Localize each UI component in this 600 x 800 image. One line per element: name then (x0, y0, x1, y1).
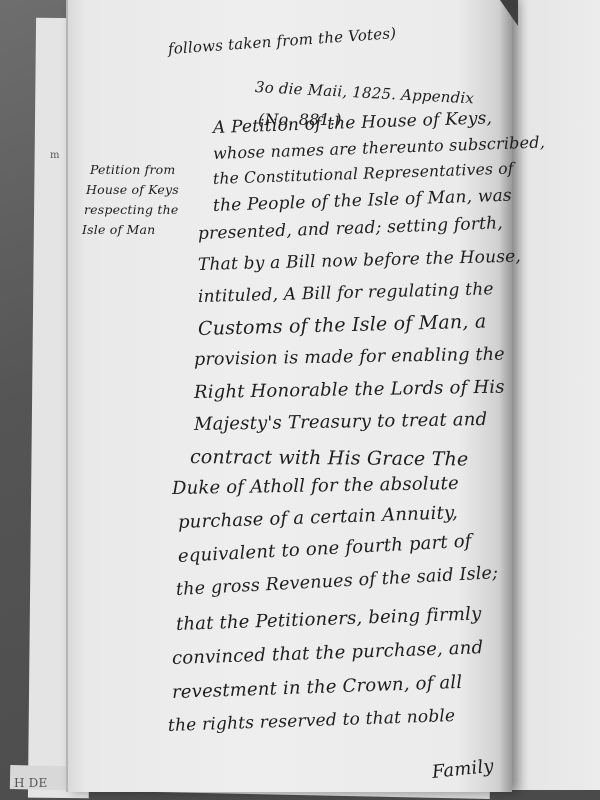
margin-note-line-4: Isle of Man (82, 222, 155, 237)
margin-note-line-2: House of Keys (86, 182, 179, 197)
facing-page (505, 0, 600, 790)
margin-note-line-3: respecting the (84, 202, 179, 217)
page-corner-shadow (500, 0, 518, 26)
margin-note-line-1: Petition from (90, 162, 175, 177)
bottom-page-mark: H DE (14, 776, 47, 790)
body-line: contract with His Grace The (190, 446, 469, 470)
left-page-mark: m (50, 150, 60, 161)
